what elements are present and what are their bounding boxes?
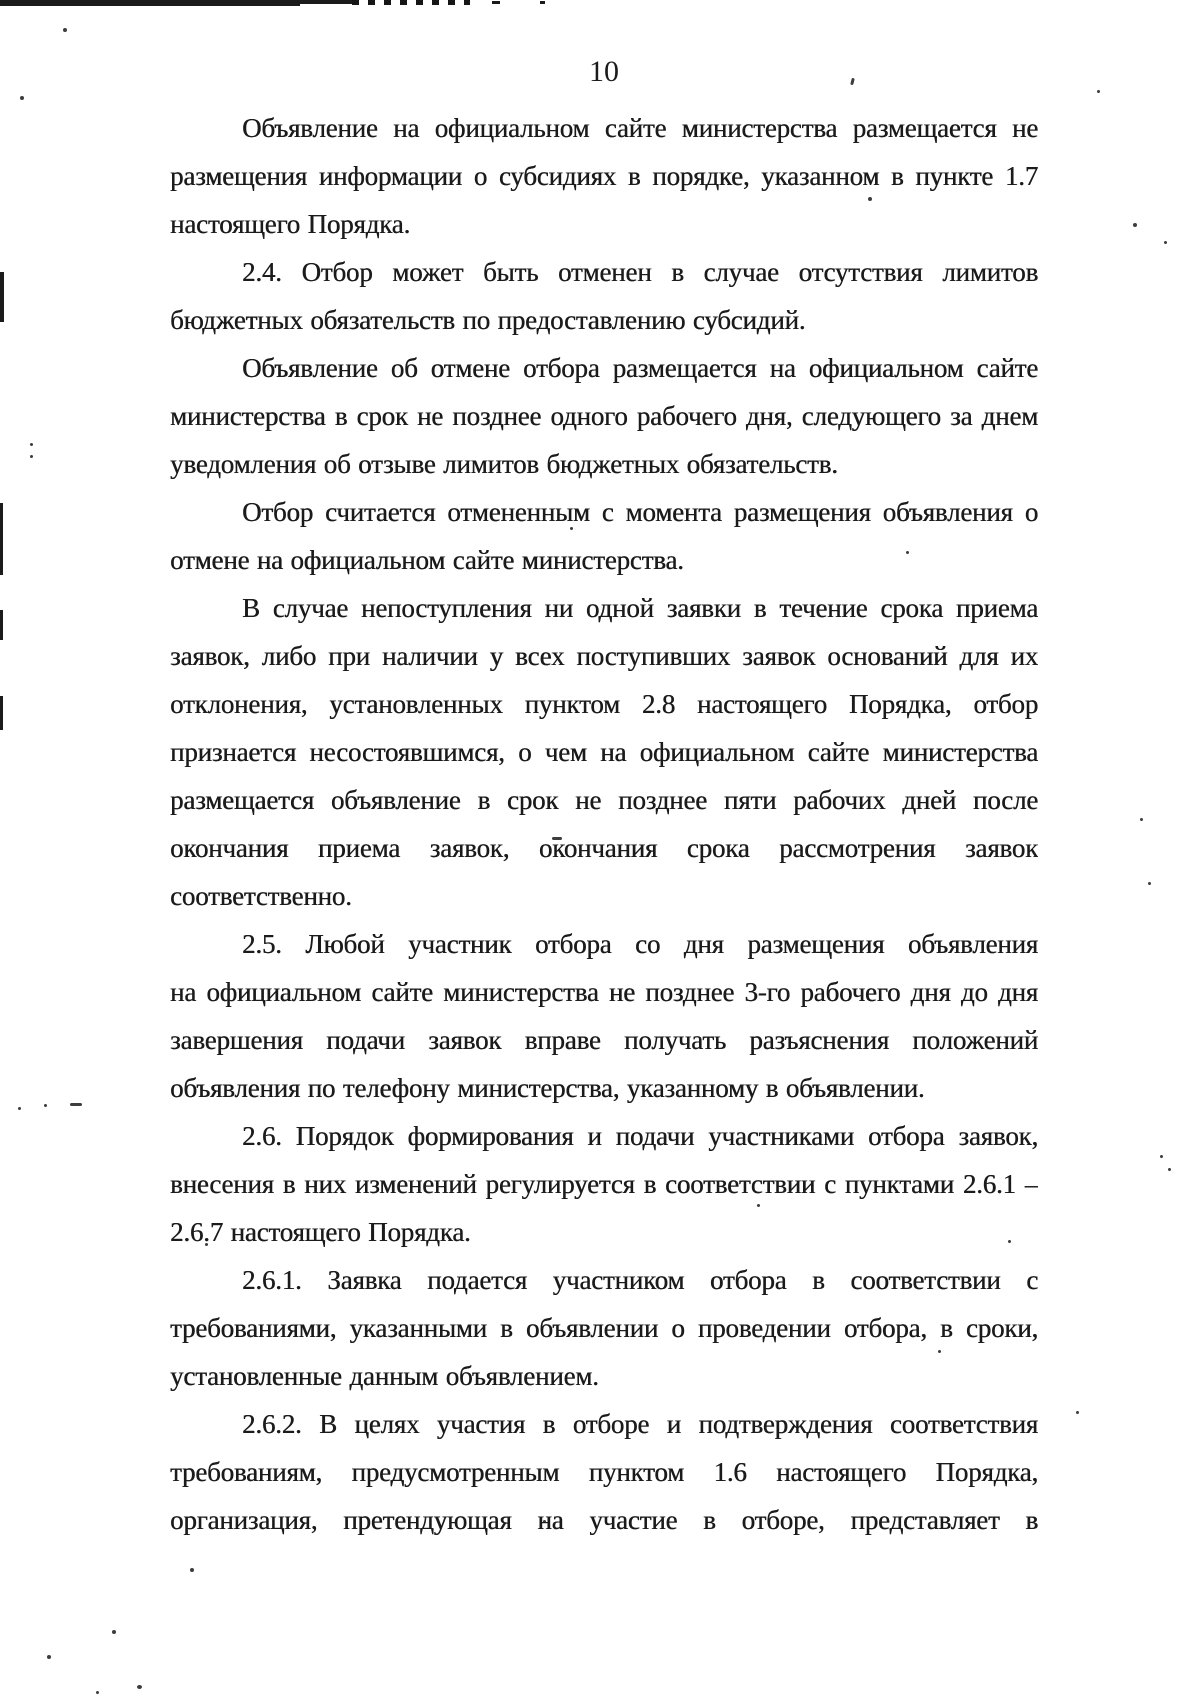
text-line: бюджетных обязательств по предоставлению… — [170, 296, 1038, 344]
scan-speckle — [70, 1103, 82, 1106]
scan-speckle — [1164, 241, 1167, 244]
paragraph-2-6-1: 2.6.1. Заявка подается участником отбора… — [170, 1256, 1038, 1400]
scan-speckle — [30, 443, 33, 446]
paragraph-announcement-timing: Объявление на официальном сайте министер… — [170, 104, 1038, 248]
text-line: размещения информации о субсидиях в поря… — [170, 152, 1038, 200]
scan-speckle — [30, 455, 33, 458]
scan-bar-dashes — [352, 0, 470, 5]
text-line: отмене на официальном сайте министерства… — [170, 536, 1038, 584]
document-body: Объявление на официальном сайте министер… — [170, 104, 1038, 1544]
scan-edge-mark — [0, 272, 4, 322]
text-line: заявок, либо при наличии у всех поступив… — [170, 632, 1038, 680]
text-line: завершения подачи заявок вправе получать… — [170, 1016, 1038, 1064]
paragraph-2-6: 2.6. Порядок формирования и подачи участ… — [170, 1112, 1038, 1256]
text-line: 2.5. Любой участник отбора со дня размещ… — [170, 920, 1038, 968]
scan-speckle — [1140, 818, 1143, 821]
text-line: объявления по телефону министерства, ука… — [170, 1064, 1038, 1112]
scan-bar-dot — [540, 1, 545, 4]
text-line: Отбор считается отмененным с момента раз… — [170, 488, 1038, 536]
scan-edge-mark — [0, 610, 3, 640]
scan-bar — [0, 0, 300, 6]
paragraph-no-applications: В случае непоступления ни одной заявки в… — [170, 584, 1038, 920]
text-line: окончания приема заявок, окончания срока… — [170, 824, 1038, 872]
text-line: 2.4. Отбор может быть отменен в случае о… — [170, 248, 1038, 296]
text-line: признается несостоявшимся, о чем на офиц… — [170, 728, 1038, 776]
paragraph-cancellation-effective: Отбор считается отмененным с момента раз… — [170, 488, 1038, 584]
scan-speckle — [18, 1107, 21, 1110]
text-line: установленные данным объявлением. — [170, 1352, 1038, 1400]
text-line: настоящего Порядка. — [170, 200, 1038, 248]
paragraph-2-4: 2.4. Отбор может быть отменен в случае о… — [170, 248, 1038, 344]
text-line: на официальном сайте министерства не поз… — [170, 968, 1038, 1016]
scan-speckle — [137, 1685, 142, 1689]
paragraph-2-5: 2.5. Любой участник отбора со дня размещ… — [170, 920, 1038, 1112]
document-page: 10 Объявление на официальном сайте минис… — [0, 0, 1200, 1697]
text-line: организация, претендующая на участие в о… — [170, 1496, 1038, 1544]
text-line: требованиям, предусмотренным пунктом 1.6… — [170, 1448, 1038, 1496]
text-line: Объявление на официальном сайте министер… — [170, 104, 1038, 152]
text-line: 2.6.2. В целях участия в отборе и подтве… — [170, 1400, 1038, 1448]
scan-speckle — [1097, 90, 1100, 93]
scan-speckle — [47, 1655, 51, 1659]
scan-bar-dot — [492, 1, 500, 4]
text-line: 2.6.1. Заявка подается участником отбора… — [170, 1256, 1038, 1304]
text-line: Объявление об отмене отбора размещается … — [170, 344, 1038, 392]
scan-speckle — [20, 96, 24, 100]
text-line: 2.6.7 настоящего Порядка. — [170, 1208, 1038, 1256]
scan-speckle — [112, 1630, 116, 1634]
scan-speckle — [44, 1104, 47, 1107]
scan-speckle — [1133, 223, 1137, 227]
scan-speckle — [1148, 882, 1151, 885]
paragraph-2-6-2: 2.6.2. В целях участия в отборе и подтве… — [170, 1400, 1038, 1544]
scan-speckle — [1160, 1155, 1163, 1158]
text-line: размещается объявление в срок не позднее… — [170, 776, 1038, 824]
scan-edge-mark — [0, 503, 3, 575]
text-line: внесения в них изменений регулируется в … — [170, 1160, 1038, 1208]
text-line: соответственно. — [170, 872, 1038, 920]
page-number: 10 — [170, 54, 1038, 90]
scan-speckle — [1168, 1168, 1171, 1171]
scan-bar-tail — [300, 0, 352, 4]
text-line: уведомления об отзыве лимитов бюджетных … — [170, 440, 1038, 488]
scan-speckle — [1076, 1411, 1079, 1414]
text-line: требованиями, указанными в объявлении о … — [170, 1304, 1038, 1352]
text-line: В случае непоступления ни одной заявки в… — [170, 584, 1038, 632]
scan-edge-mark — [0, 696, 3, 730]
scan-speckle — [190, 1568, 194, 1572]
scan-speckle — [63, 28, 67, 32]
scan-speckle — [96, 1691, 99, 1694]
text-line: отклонения, установленных пунктом 2.8 на… — [170, 680, 1038, 728]
paragraph-cancellation-announcement: Объявление об отмене отбора размещается … — [170, 344, 1038, 488]
text-line: 2.6. Порядок формирования и подачи участ… — [170, 1112, 1038, 1160]
text-line: министерства в срок не позднее одного ра… — [170, 392, 1038, 440]
